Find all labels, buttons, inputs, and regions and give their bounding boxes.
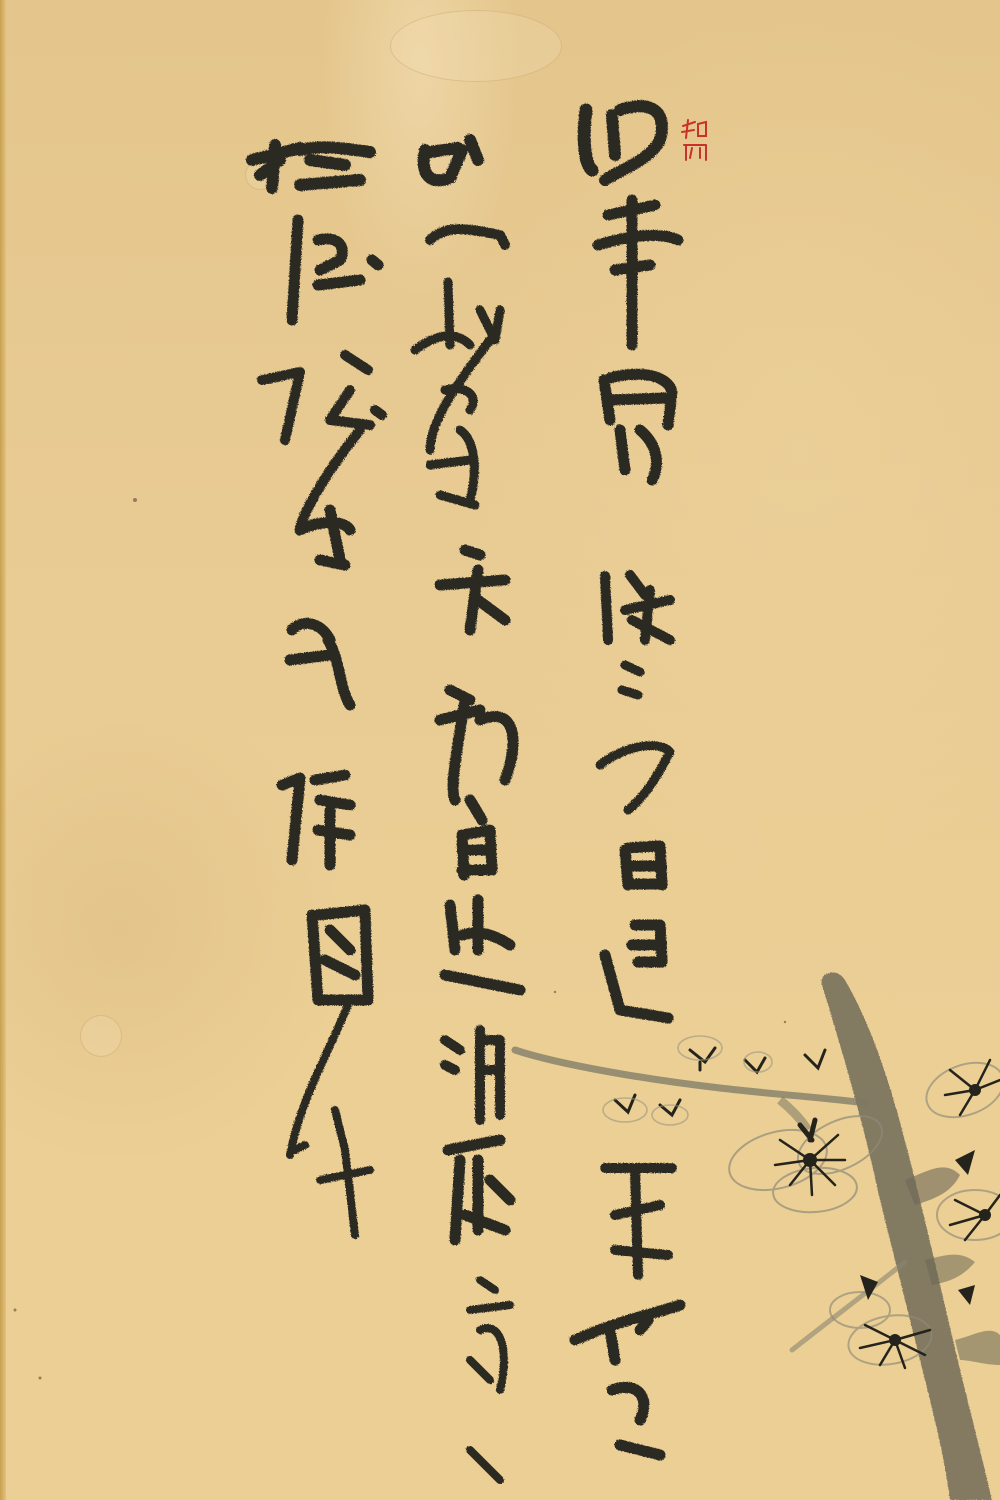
calligraphy-column-2 bbox=[415, 140, 520, 1480]
artwork-canvas bbox=[0, 0, 1000, 1500]
red-seal bbox=[682, 120, 706, 160]
calligraphy-column-3 bbox=[252, 145, 382, 1235]
trunk bbox=[821, 972, 992, 1500]
scroll-paper bbox=[0, 0, 1000, 1500]
plum-branch-painting bbox=[515, 972, 1000, 1500]
calligraphy-column-1 bbox=[575, 106, 680, 1455]
paper-specks bbox=[14, 498, 787, 1380]
